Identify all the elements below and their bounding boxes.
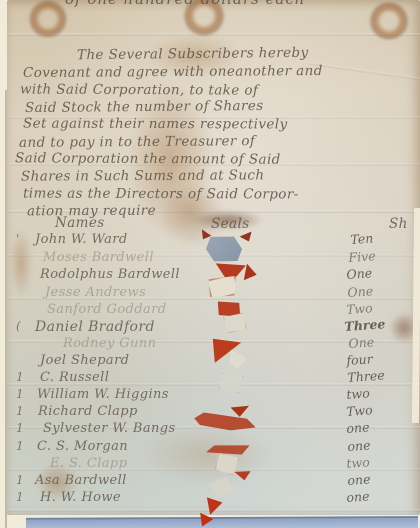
column-header-names: Names <box>55 215 105 231</box>
torn-paper-edge <box>412 208 420 423</box>
row-margin-mark: 1 <box>16 490 24 504</box>
subscriber-name: Jesse Andrews <box>45 285 146 300</box>
share-count: Ten <box>350 230 374 247</box>
subscriber-name: Sylvester W. Bangs <box>43 421 176 436</box>
subscriber-name: Sanford Goddard <box>47 302 166 317</box>
body-line: The Several Subscribers hereby <box>77 45 309 63</box>
body-line: Shares in Such Sums and at Such <box>21 167 265 184</box>
subscriber-name: Rodolphus Bardwell <box>40 267 180 282</box>
subscriber-name: William W. Higgins <box>37 387 169 402</box>
row-margin-mark: 1 <box>16 473 24 487</box>
manuscript-paper: of one hundred dollars each The Several … <box>7 0 420 515</box>
diagonal-crease <box>307 62 420 82</box>
top-line-fragment: of one hundred dollars each <box>65 0 305 8</box>
body-line: Said Corporation the amount of Said <box>15 150 281 167</box>
table-row: Sanford GoddardTwo <box>7 302 420 319</box>
share-count: Five <box>348 248 376 265</box>
subscriber-name: C. Russell <box>40 370 109 385</box>
share-count: one <box>346 488 370 505</box>
row-margin-mark: ' <box>16 232 19 246</box>
rust-ring-stain <box>368 2 410 40</box>
row-margin-mark: 1 <box>16 370 24 384</box>
subscriber-name: Joel Shepard <box>40 353 129 368</box>
body-line: with Said Corporation, to take of <box>20 81 258 98</box>
share-count: One <box>347 283 374 300</box>
blue-paper-strip <box>26 516 418 528</box>
subscriber-name: Rodney Gunn <box>63 336 156 351</box>
body-line: Said Stock the number of Shares <box>25 98 264 116</box>
subscriber-name: C. S. Morgan <box>37 439 128 454</box>
row-margin-mark: 1 <box>16 387 24 401</box>
share-count: two <box>346 385 370 402</box>
subscriber-name: Richard Clapp <box>38 404 138 419</box>
share-count: one <box>347 437 371 454</box>
subscriber-name: Daniel Bradford <box>35 319 155 335</box>
table-row: E. S. Clapptwo <box>7 456 420 473</box>
share-count: one <box>347 471 371 488</box>
subscriber-name: H. W. Howe <box>40 490 121 505</box>
share-count: Three <box>347 367 385 385</box>
share-count: One <box>348 334 375 351</box>
column-header-seals: Seals <box>211 216 250 232</box>
share-count: Two <box>346 402 373 419</box>
table-row: 1C. RussellThree <box>7 370 420 387</box>
share-count: Two <box>346 300 373 317</box>
row-margin-mark: ( <box>16 319 21 333</box>
row-margin-mark: 1 <box>16 421 24 435</box>
subscriber-name: Asa Bardwell <box>35 473 127 488</box>
subscriber-name: Moses Bardwell <box>43 250 154 265</box>
scanned-document-page: of one hundred dollars each The Several … <box>0 0 420 528</box>
share-count: One <box>346 265 373 282</box>
table-row: Joel Shepardfour <box>7 353 420 370</box>
row-margin-mark: 1 <box>16 439 24 453</box>
subscriber-name: E. S. Clapp <box>50 456 127 471</box>
subscriber-name: John W. Ward <box>35 232 128 247</box>
share-count: four <box>346 351 373 368</box>
body-line: and to pay in to the Treasurer of <box>19 133 255 151</box>
share-count: one <box>346 419 370 436</box>
body-line: Set against their names respectively <box>23 116 288 133</box>
share-count: two <box>346 454 370 471</box>
body-line: Covenant and agree with oneanother and <box>23 63 323 81</box>
table-row: (Daniel BradfordThree <box>7 319 420 336</box>
rust-ring-stain <box>28 0 68 38</box>
body-line: times as the Directors of Said Corpor- <box>23 186 299 203</box>
table-row: 1William W. Higginstwo <box>7 387 420 404</box>
share-count: Three <box>344 316 386 334</box>
column-header-shares: Sh <box>389 216 408 232</box>
row-margin-mark: 1 <box>16 404 24 418</box>
